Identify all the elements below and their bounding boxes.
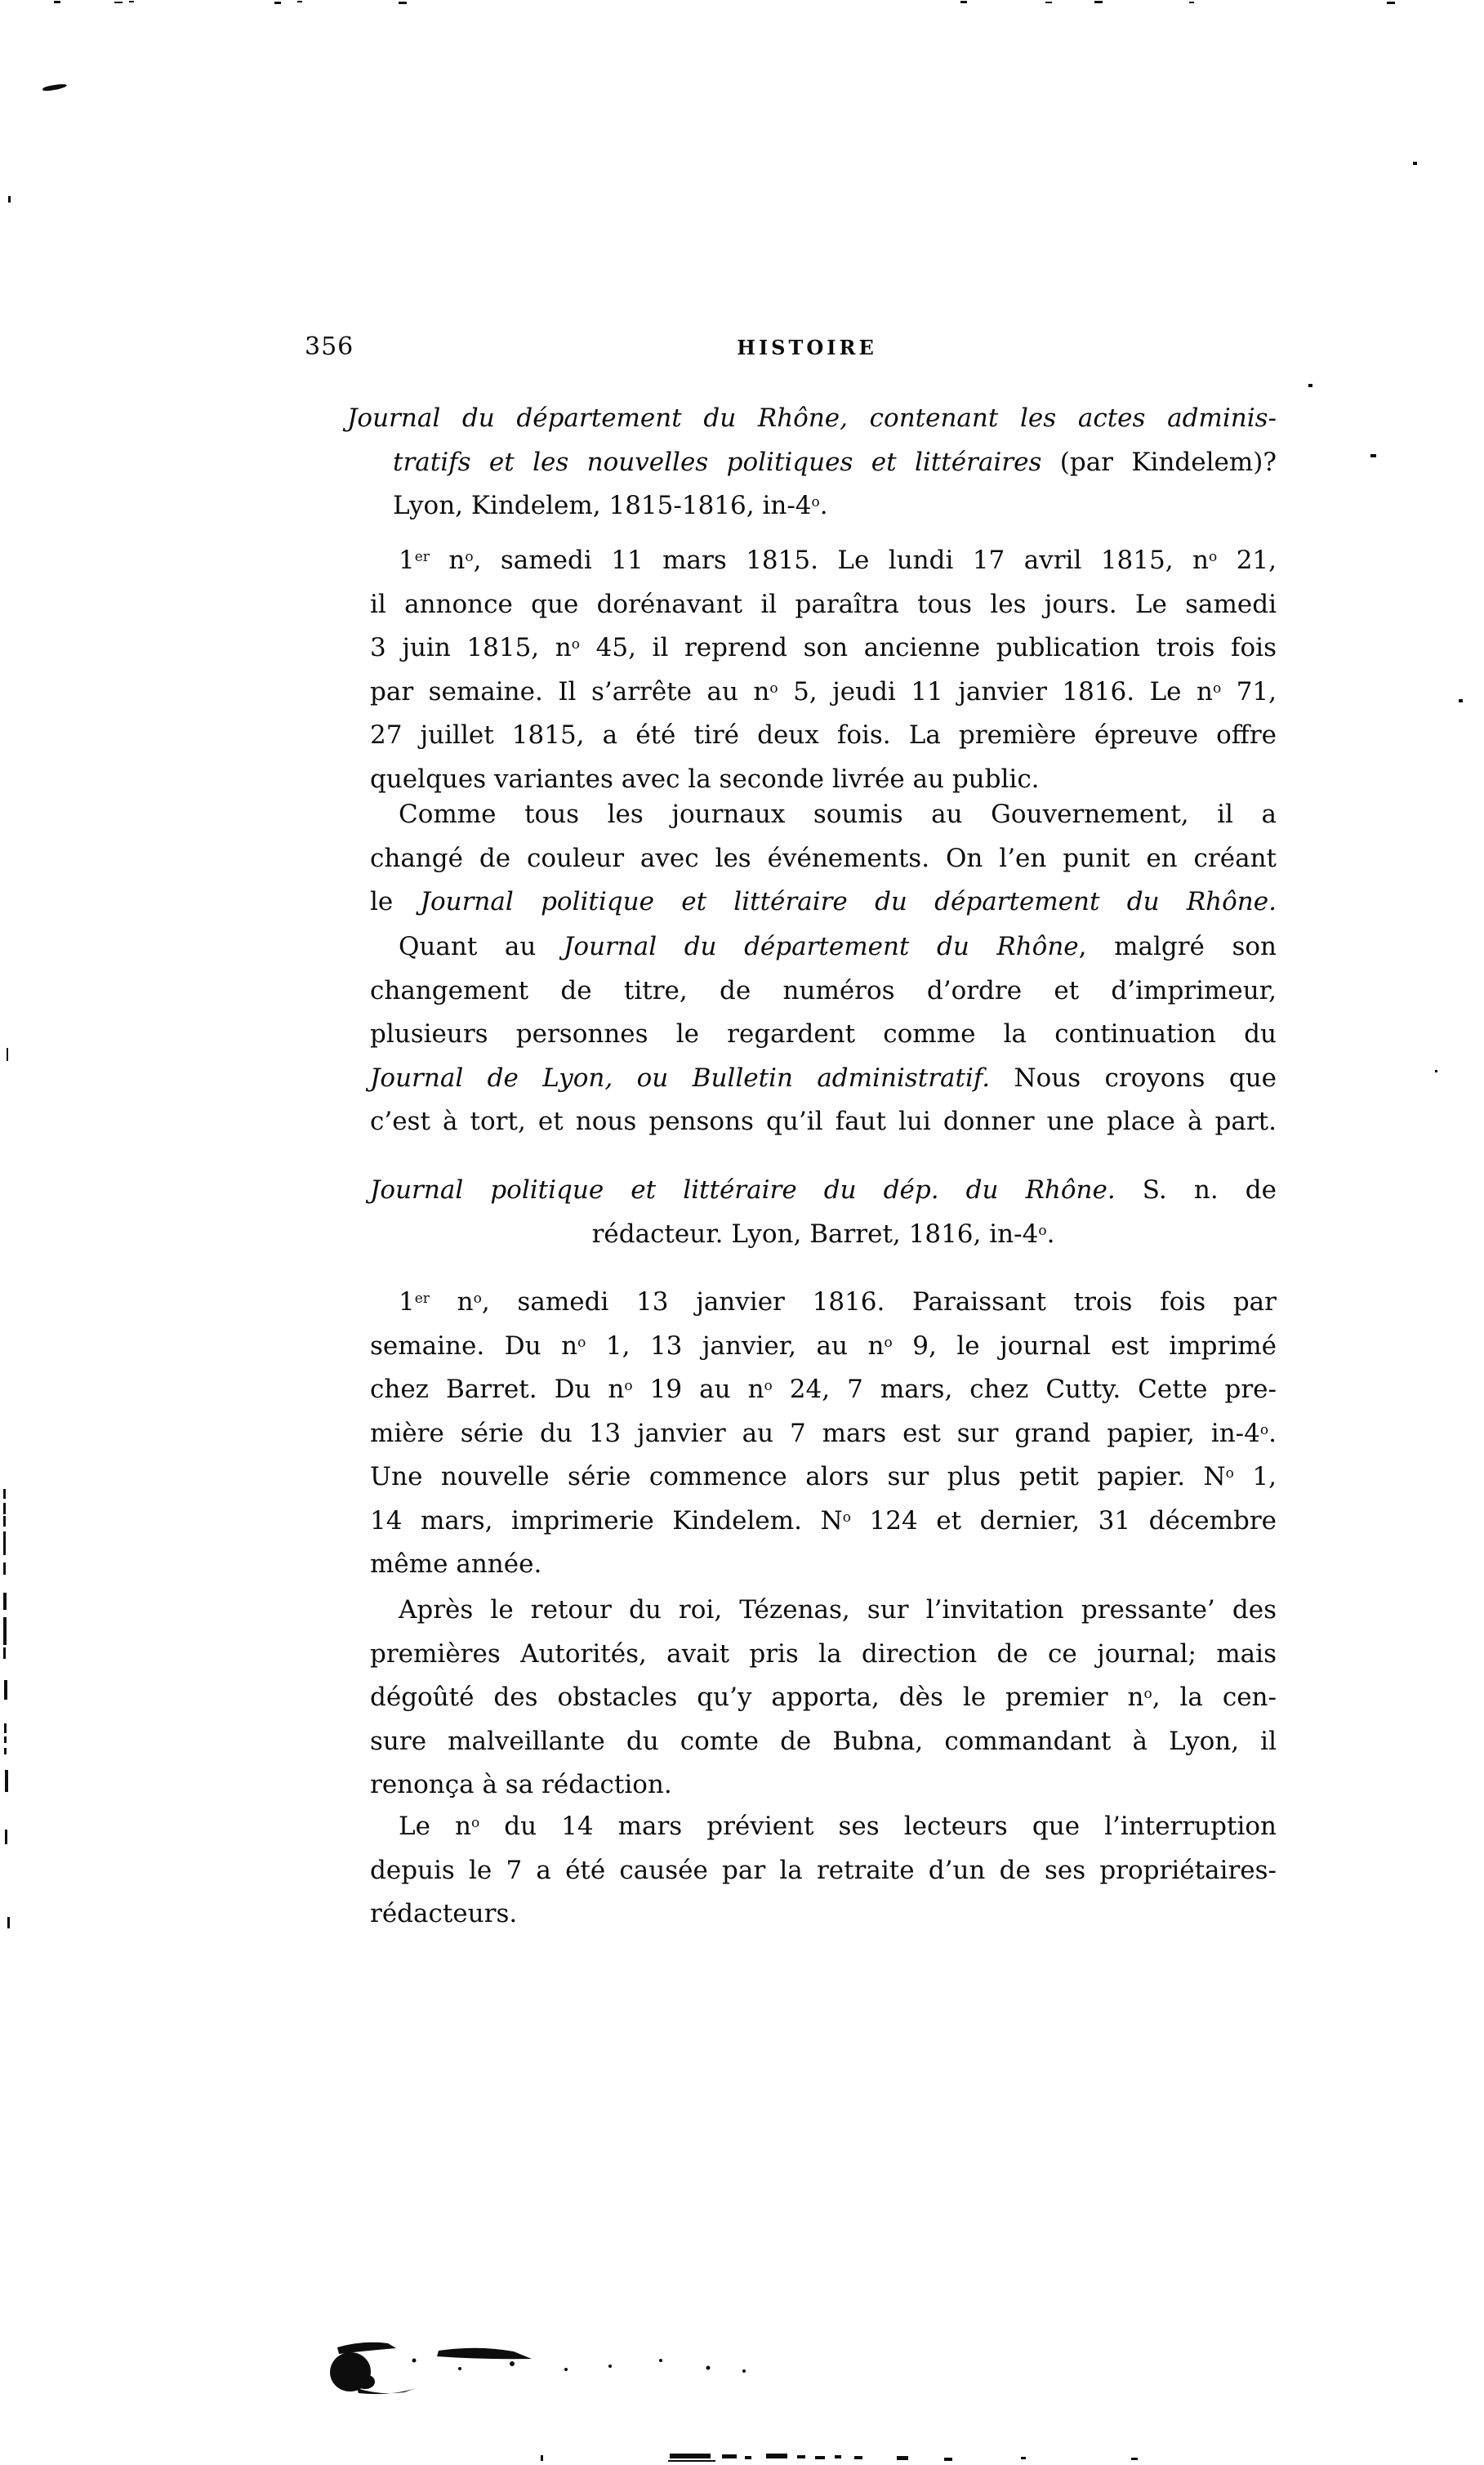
scan-squiggle-mark [42, 83, 68, 92]
text-segment: tratifs et les nouvelles politiques et l… [393, 448, 1060, 477]
text-line: Journal du département du Rhône, contena… [347, 397, 1277, 441]
paragraph-first-number-1815: 1er no, samedi 11 mars 1815. Le lundi 17… [370, 539, 1277, 801]
text-line: sure malveillante du comte de Bubna, com… [370, 1720, 1277, 1764]
margin-line-artifact [5, 1830, 7, 1844]
text-segment: 9, le journal est imprimé [893, 1331, 1277, 1361]
text-segment: 21, [1217, 546, 1277, 575]
text-line: Le no du 14 mars prévient ses lecteurs q… [370, 1805, 1277, 1849]
text-segment: c’est à tort, et nous pensons qu’il faut… [370, 1107, 1277, 1136]
bottom-edge-artifact [766, 2454, 787, 2458]
superscript: o [1038, 1223, 1046, 1239]
text-segment: Journal de Lyon, ou Bulletin administrat… [370, 1063, 990, 1093]
paragraph-quant-au-journal: Quant au Journal du département du Rhône… [370, 925, 1277, 1144]
text-segment: 24, 7 mars, chez Cutty. Cette pre- [773, 1375, 1277, 1404]
text-segment: 1 [399, 1287, 415, 1317]
entry-journal-politique-et-litteraire: Journal politique et littéraire du dép. … [370, 1169, 1277, 1256]
superscript: o [572, 636, 580, 653]
superscript: er [415, 549, 430, 565]
text-segment: n [430, 546, 465, 575]
text-segment: (par Kindelem)? [1060, 448, 1277, 477]
text-line: 1er no, samedi 13 janvier 1816. Paraissa… [370, 1281, 1277, 1325]
superscript: o [1213, 680, 1221, 697]
text-segment: , malgré son [1079, 932, 1277, 961]
text-segment: chez Barret. Du n [370, 1375, 624, 1404]
margin-line-artifact [5, 1770, 8, 1792]
text-line: 27 juillet 1815, a été tiré deux fois. L… [370, 714, 1277, 758]
text-line: Lyon, Kindelem, 1815-1816, in-4o. [393, 484, 1277, 528]
text-segment: . [820, 491, 828, 520]
text-segment: sure malveillante du comte de Bubna, com… [370, 1727, 1277, 1756]
scan-speck [1370, 454, 1376, 457]
text-line: tratifs et les nouvelles politiques et l… [393, 441, 1277, 485]
text-segment: 71, [1221, 677, 1277, 707]
scan-speck [399, 2, 407, 4]
text-segment: mière série du 13 janvier au 7 mars est … [370, 1419, 1260, 1448]
text-line: rédacteurs. [370, 1892, 1277, 1937]
text-segment: rédacteurs. [370, 1899, 517, 1928]
bottom-edge-artifact [897, 2456, 908, 2460]
text-line: mière série du 13 janvier au 7 mars est … [370, 1412, 1277, 1456]
text-segment: 27 juillet 1815, a été tiré deux fois. L… [370, 720, 1277, 750]
margin-line-artifact [4, 1736, 7, 1743]
text-segment: Journal politique et littéraire du dépar… [421, 887, 1277, 916]
text-line: dégoûté des obstacles qu’y apporta, dès … [370, 1676, 1277, 1720]
superscript: o [812, 494, 820, 510]
text-segment: , la cen- [1152, 1683, 1277, 1712]
ink-smudge [323, 2334, 764, 2408]
text-segment: quelques variantes avec la seconde livré… [370, 764, 1040, 794]
scanned-book-page: 356 HISTOIRE Journal du département du R… [0, 0, 1484, 2465]
text-segment: 1 [399, 546, 415, 575]
bottom-edge-artifact [797, 2455, 805, 2458]
text-line: Quant au Journal du département du Rhône… [370, 925, 1277, 970]
text-line: depuis le 7 a été causée par la retraite… [370, 1849, 1277, 1893]
scan-speck [1094, 1, 1103, 3]
scan-speck [1189, 2, 1194, 3]
text-line: 14 mars, imprimerie Kindelem. No 124 et … [370, 1500, 1277, 1544]
text-segment: rédacteur. Lyon, Barret, 1816, in-4 [592, 1219, 1039, 1249]
text-segment: il annonce que dorénavant il paraîtra to… [370, 590, 1277, 619]
bottom-edge-artifact [541, 2455, 543, 2461]
bottom-edge-artifact [835, 2455, 841, 2458]
superscript: o [885, 1335, 893, 1351]
text-line: rédacteur. Lyon, Barret, 1816, in-4o. [370, 1213, 1277, 1257]
running-title: HISTOIRE [337, 336, 1277, 359]
text-line: Après le retour du roi, Tézenas, sur l’i… [370, 1589, 1277, 1633]
text-segment: , samedi 13 janvier 1816. Paraissant tro… [482, 1287, 1277, 1317]
text-line: par semaine. Il s’arrête au no 5, jeudi … [370, 671, 1277, 715]
bottom-edge-artifact [1021, 2457, 1026, 2459]
text-line: Une nouvelle série commence alors sur pl… [370, 1455, 1277, 1500]
text-line: il annonce que dorénavant il paraîtra to… [370, 583, 1277, 627]
text-segment: même année. [370, 1549, 541, 1579]
text-segment: du 14 mars prévient ses lecteurs que l’i… [479, 1812, 1277, 1841]
paragraph-first-number-1816: 1er no, samedi 13 janvier 1816. Paraissa… [370, 1281, 1277, 1587]
bottom-edge-artifact [854, 2456, 862, 2459]
superscript: o [1226, 1465, 1234, 1482]
scan-speck [1387, 2, 1395, 4]
text-segment: 1, [1234, 1462, 1277, 1491]
text-segment: 19 au n [633, 1375, 764, 1404]
superscript: o [624, 1378, 632, 1394]
superscript: er [415, 1290, 430, 1307]
scan-speck [114, 2, 123, 3]
margin-line-artifact [3, 1503, 6, 1514]
bottom-edge-artifact [1131, 2458, 1138, 2460]
paragraph-comme-tous-les-journaux: Comme tous les journaux soumis au Gouver… [370, 793, 1277, 925]
scan-speck [1308, 384, 1312, 387]
scan-speck [129, 1, 134, 2]
text-line: plusieurs personnes le regardent comme l… [370, 1013, 1277, 1057]
superscript: o [1260, 1422, 1268, 1438]
superscript: o [764, 1378, 773, 1394]
text-segment: , samedi 11 mars 1815. Le lundi 17 avril… [474, 546, 1209, 575]
text-line: premières Autorités, avait pris la direc… [370, 1633, 1277, 1677]
text-segment: semaine. Du n [370, 1331, 577, 1361]
text-segment: Après le retour du roi, Tézenas, sur l’i… [399, 1595, 1277, 1625]
text-line: Journal de Lyon, ou Bulletin administrat… [370, 1057, 1277, 1101]
text-line: 3 juin 1815, no 45, il reprend son ancie… [370, 626, 1277, 671]
text-segment: S. n. de [1116, 1175, 1277, 1205]
scan-speck [960, 1, 967, 3]
margin-line-artifact [4, 1748, 7, 1754]
text-segment: 3 juin 1815, n [370, 633, 572, 662]
text-segment: depuis le 7 a été causée par la retraite… [370, 1856, 1277, 1885]
margin-line-artifact [3, 1489, 6, 1499]
text-segment: Journal du département du Rhône [564, 932, 1079, 961]
superscript: o [474, 1290, 482, 1307]
text-segment: 1, 13 janvier, au n [586, 1331, 884, 1361]
scan-speck [1459, 699, 1463, 702]
text-segment: le [370, 887, 421, 916]
scan-speck [54, 1, 60, 3]
superscript: o [843, 1509, 851, 1526]
margin-line-artifact [7, 1048, 8, 1061]
text-line: chez Barret. Du no 19 au no 24, 7 mars, … [370, 1368, 1277, 1412]
bottom-edge-artifact [670, 2454, 711, 2458]
bottom-edge-artifact [815, 2456, 825, 2459]
margin-line-artifact [3, 1562, 6, 1575]
text-line: renonça à sa rédaction. [370, 1763, 1277, 1808]
text-line: Comme tous les journaux soumis au Gouver… [370, 793, 1277, 837]
text-segment: changement de titre, de numéros d’ordre … [370, 976, 1277, 1005]
text-line: même année. [370, 1543, 1277, 1587]
text-segment: . [1047, 1219, 1055, 1249]
text-segment: 124 et dernier, 31 décembre [851, 1506, 1277, 1536]
text-segment: . [1268, 1419, 1277, 1448]
superscript: o [471, 1815, 479, 1831]
text-segment: premières Autorités, avait pris la direc… [370, 1639, 1277, 1669]
superscript: o [769, 680, 778, 697]
text-segment: Journal politique et littéraire du dép. … [370, 1175, 1116, 1205]
margin-line-artifact [3, 1516, 6, 1527]
bottom-edge-artifact [668, 2460, 715, 2462]
superscript: o [1209, 549, 1217, 565]
superscript: o [577, 1335, 586, 1351]
text-line: 1er no, samedi 11 mars 1815. Le lundi 17… [370, 539, 1277, 583]
margin-line-artifact [4, 1680, 7, 1700]
text-line: changement de titre, de numéros d’ordre … [370, 970, 1277, 1014]
bottom-edge-artifact [745, 2456, 751, 2459]
margin-line-artifact [3, 1531, 6, 1555]
scan-speck [274, 2, 281, 4]
paragraph-apres-le-retour-du-roi: Après le retour du roi, Tézenas, sur l’i… [370, 1589, 1277, 1808]
bottom-edge-artifact [944, 2458, 952, 2461]
page-header: 356 HISTOIRE [370, 332, 1277, 365]
scan-speck [1045, 2, 1052, 3]
text-segment: n [430, 1287, 474, 1317]
margin-line-artifact [8, 196, 11, 203]
text-segment: Nous croyons que [990, 1063, 1277, 1093]
text-segment: Quant au [399, 932, 564, 961]
text-line: changé de couleur avec les événements. O… [370, 837, 1277, 881]
text-segment: Journal du département du Rhône, contena… [347, 403, 1277, 433]
text-segment: par semaine. Il s’arrête au n [370, 677, 769, 707]
scan-speck [297, 1, 302, 2]
text-segment: dégoûté des obstacles qu’y apporta, dès … [370, 1683, 1143, 1712]
text-segment: changé de couleur avec les événements. O… [370, 844, 1277, 873]
margin-line-artifact [3, 1593, 7, 1610]
superscript: o [465, 549, 473, 565]
text-segment: 45, il reprend son ancienne publication … [580, 633, 1277, 662]
text-column: 356 HISTOIRE Journal du département du R… [370, 0, 1277, 2465]
text-segment: Lyon, Kindelem, 1815-1816, in-4 [393, 491, 812, 520]
paragraph-le-numero-du-14-mars: Le no du 14 mars prévient ses lecteurs q… [370, 1805, 1277, 1937]
margin-line-artifact [7, 1917, 10, 1928]
text-segment: Le n [399, 1812, 471, 1841]
bottom-edge-artifact [722, 2454, 737, 2458]
text-line: semaine. Du no 1, 13 janvier, au no 9, l… [370, 1325, 1277, 1369]
scan-speck [1435, 1070, 1437, 1072]
text-segment: Comme tous les journaux soumis au Gouver… [399, 800, 1277, 829]
text-segment: 5, jeudi 11 janvier 1816. Le n [778, 677, 1213, 707]
entry-journal-du-departement: Journal du département du Rhône, contena… [370, 397, 1277, 528]
text-segment: Une nouvelle série commence alors sur pl… [370, 1462, 1226, 1491]
text-segment: renonça à sa rédaction. [370, 1770, 672, 1799]
margin-line-artifact [3, 1617, 7, 1645]
margin-line-artifact [4, 1723, 7, 1733]
margin-line-artifact [3, 1647, 6, 1659]
superscript: o [1143, 1686, 1152, 1702]
text-segment: 14 mars, imprimerie Kindelem. N [370, 1506, 843, 1536]
text-line: le Journal politique et littéraire du dé… [370, 880, 1277, 925]
text-line: Journal politique et littéraire du dép. … [370, 1169, 1277, 1213]
text-segment: plusieurs personnes le regardent comme l… [370, 1019, 1277, 1049]
text-line: c’est à tort, et nous pensons qu’il faut… [370, 1100, 1277, 1144]
scan-speck [1413, 162, 1417, 165]
